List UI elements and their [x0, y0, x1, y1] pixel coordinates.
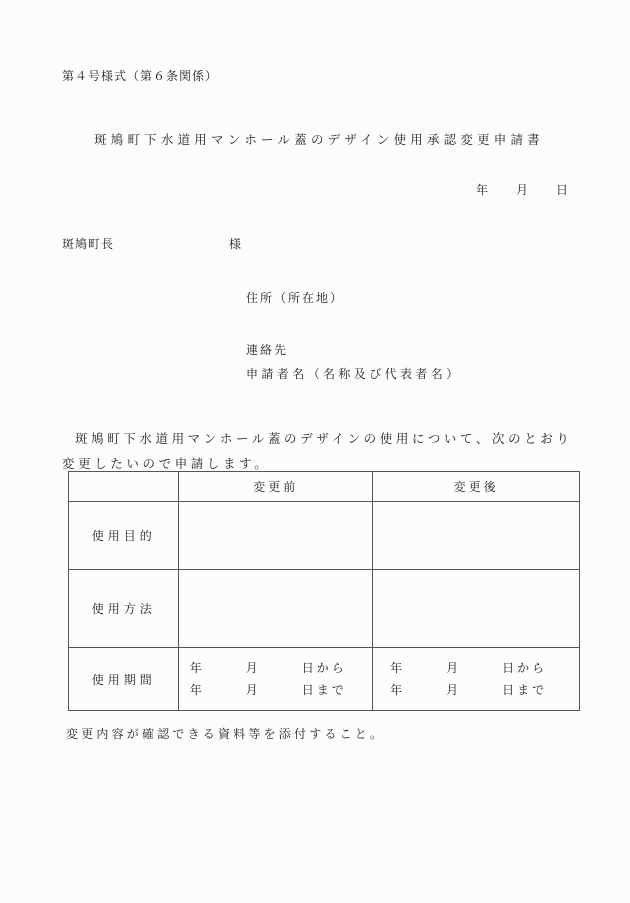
- month-label: 月: [246, 657, 302, 679]
- period-before-field[interactable]: 年 月 日から 年 月 日まで: [179, 648, 373, 711]
- applicant-address-label: 住所（所在地）: [246, 289, 344, 306]
- month-label: 月: [446, 657, 502, 679]
- day-from-label: 日から: [302, 657, 362, 679]
- method-before-field[interactable]: [179, 570, 373, 648]
- header-blank: [69, 472, 179, 502]
- header-before: 変更前: [179, 472, 373, 502]
- header-after: 変更後: [373, 472, 580, 502]
- body-paragraph: 斑鳩町下水道用マンホール蓋のデザインの使用について、次のとおり変更したいので申請…: [62, 426, 582, 476]
- year-label: 年: [390, 679, 446, 701]
- purpose-after-field[interactable]: [373, 502, 580, 570]
- period-after-from: 年 月 日から: [373, 657, 579, 679]
- applicant-contact-label: 連絡先: [246, 341, 288, 358]
- change-table: 変更前 変更後 使用目的 使用方法 使用期間 年 月 日から 年 月 日まで 年: [68, 471, 580, 711]
- form-number: 第４号様式（第６条関係）: [62, 67, 218, 84]
- row-label-method: 使用方法: [69, 570, 179, 648]
- day-from-label: 日から: [502, 657, 562, 679]
- period-after-to: 年 月 日まで: [373, 679, 579, 701]
- year-label: 年: [190, 679, 246, 701]
- period-before-to: 年 月 日まで: [179, 679, 372, 701]
- period-before-from: 年 月 日から: [179, 657, 372, 679]
- document-title: 斑鳩町下水道用マンホール蓋のデザイン使用承認変更申請書: [0, 130, 630, 148]
- table-row-period: 使用期間 年 月 日から 年 月 日まで 年 月 日から 年 月 日まで: [69, 648, 580, 711]
- table-row-method: 使用方法: [69, 570, 580, 648]
- year-label: 年: [190, 657, 246, 679]
- date-year-label: 年: [476, 181, 488, 198]
- date-month-label: 月: [516, 181, 528, 198]
- honorific: 様: [229, 235, 241, 252]
- period-after-field[interactable]: 年 月 日から 年 月 日まで: [373, 648, 580, 711]
- day-to-label: 日まで: [502, 679, 562, 701]
- table-row-purpose: 使用目的: [69, 502, 580, 570]
- month-label: 月: [446, 679, 502, 701]
- day-to-label: 日まで: [302, 679, 362, 701]
- purpose-before-field[interactable]: [179, 502, 373, 570]
- row-label-purpose: 使用目的: [69, 502, 179, 570]
- addressee: 斑鳩町長: [62, 235, 114, 252]
- applicant-name-label: 申請者名（名称及び代表者名）: [246, 365, 462, 382]
- table-header-row: 変更前 変更後: [69, 472, 580, 502]
- row-label-period: 使用期間: [69, 648, 179, 711]
- date-day-label: 日: [556, 181, 568, 198]
- method-after-field[interactable]: [373, 570, 580, 648]
- month-label: 月: [246, 679, 302, 701]
- year-label: 年: [390, 657, 446, 679]
- attachment-note: 変更内容が確認できる資料等を添付すること。: [66, 725, 385, 742]
